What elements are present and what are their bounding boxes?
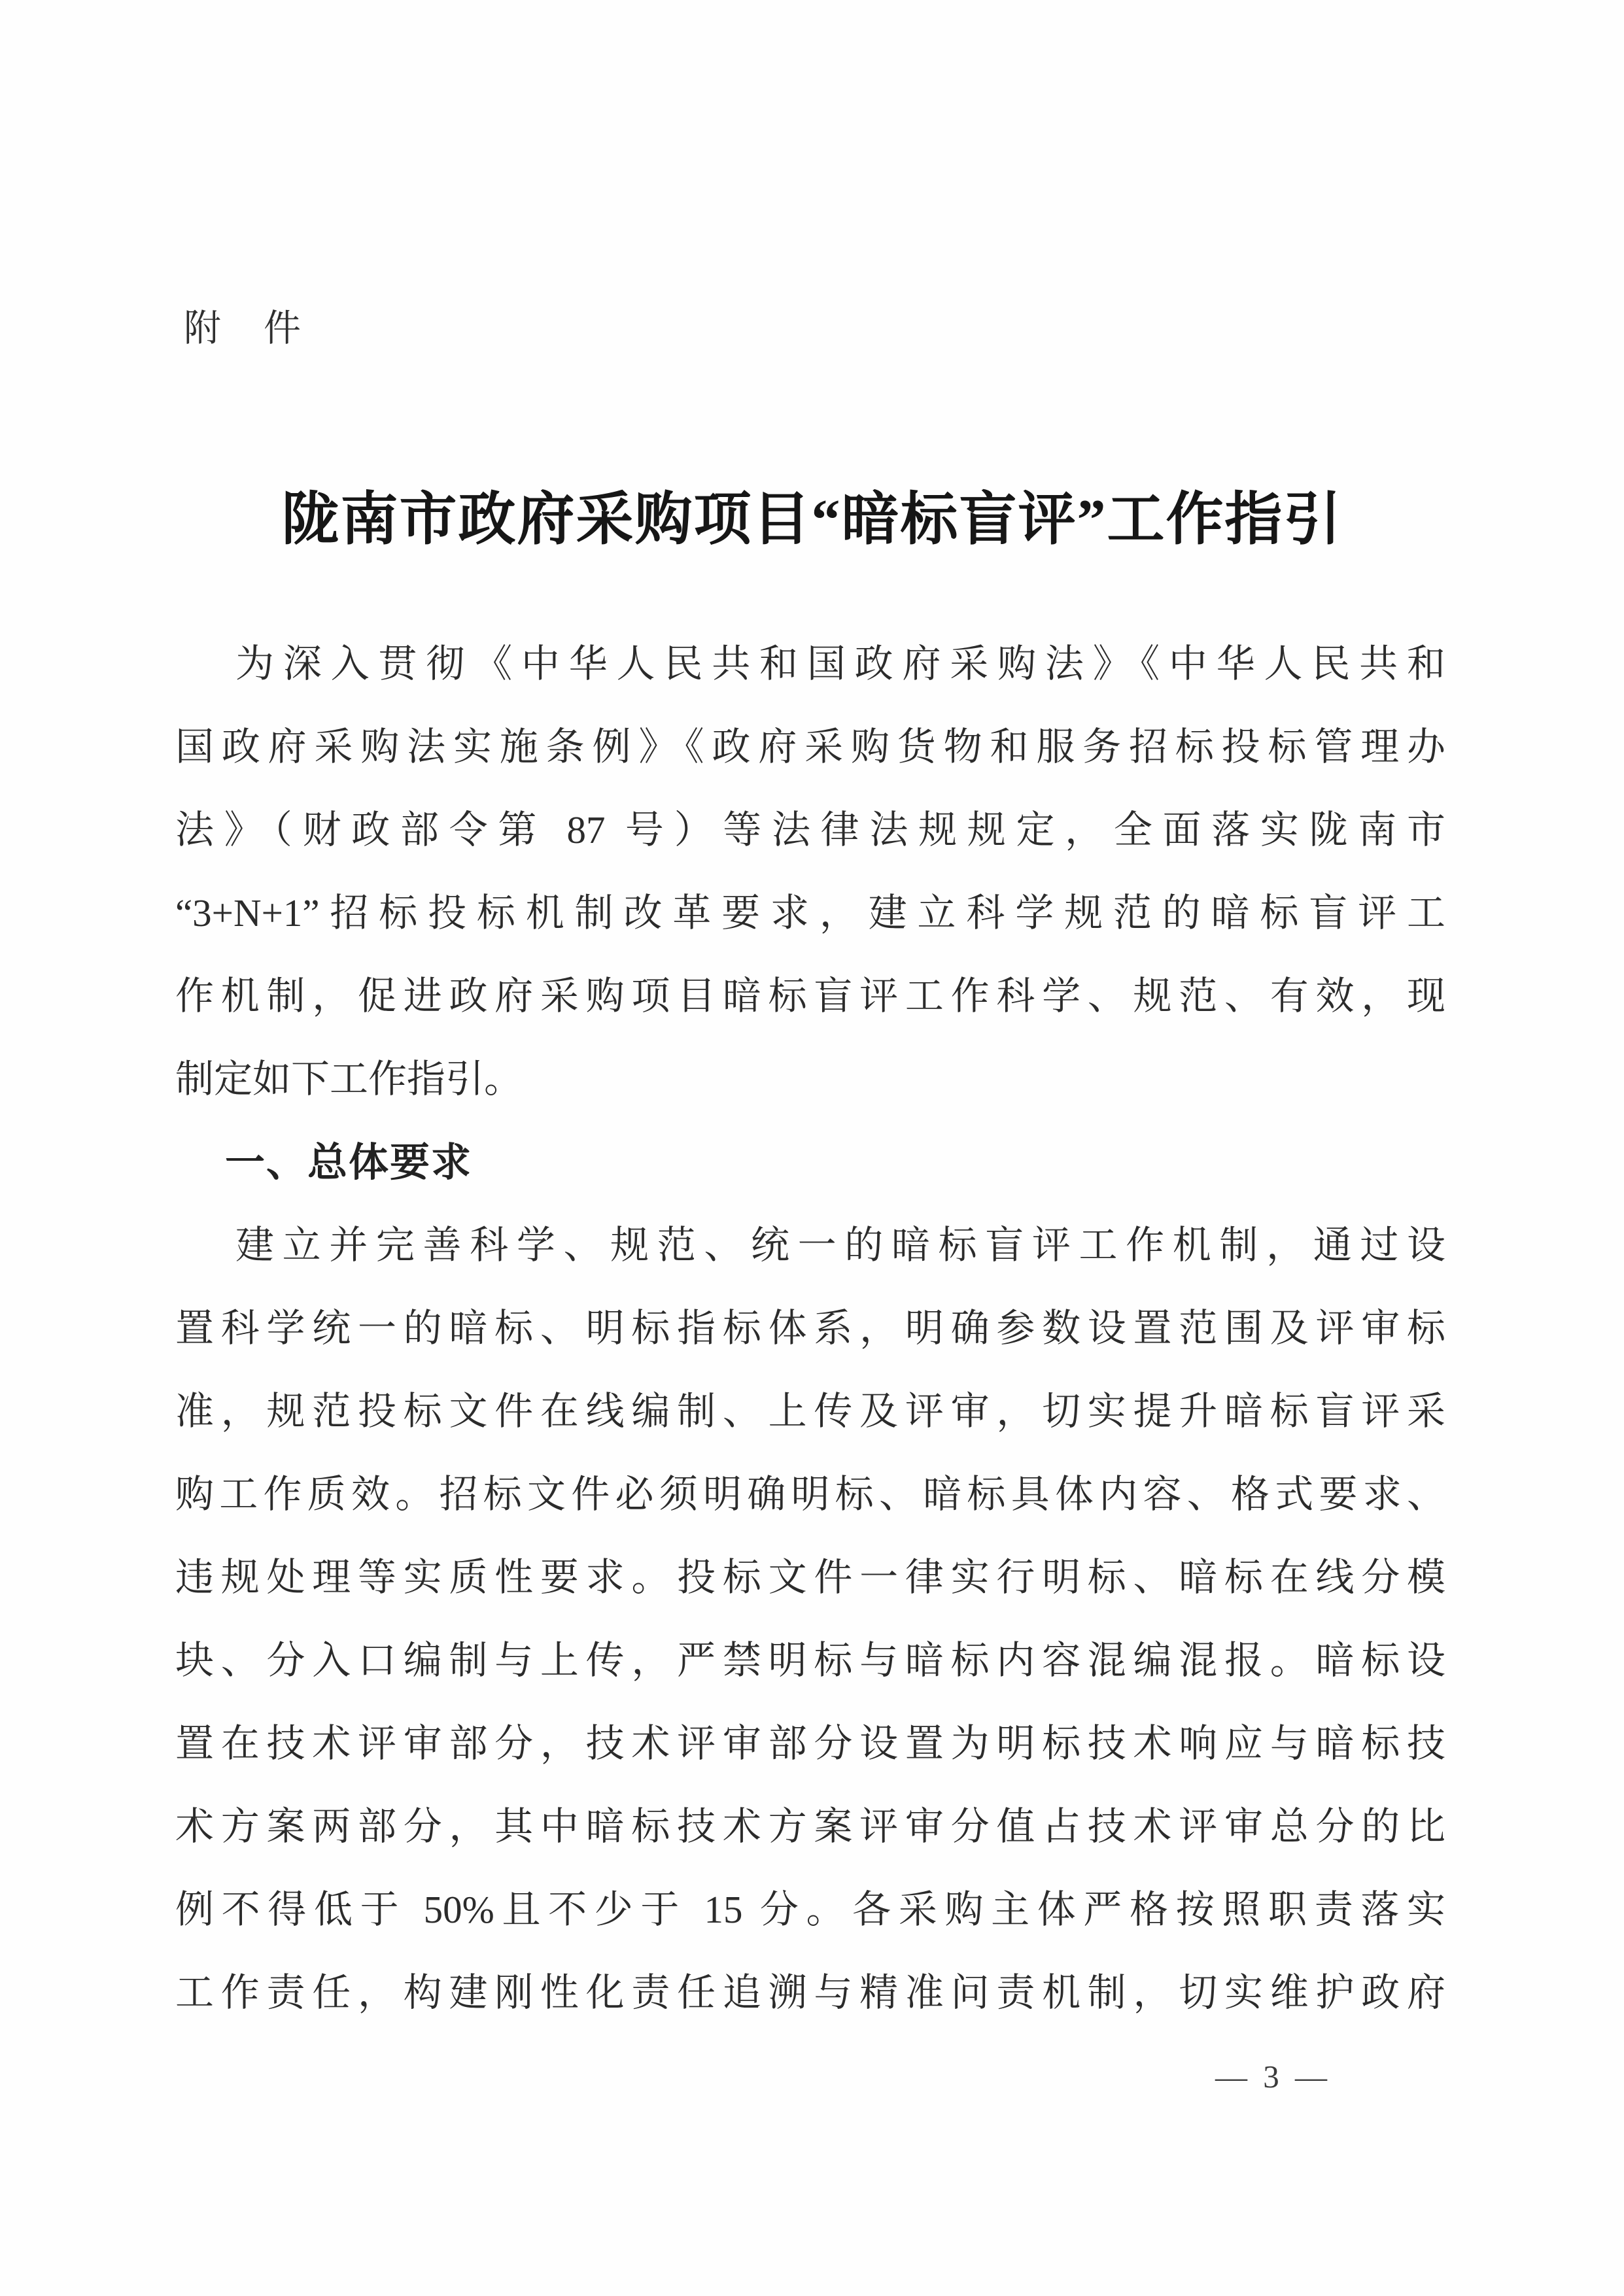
attachment-label: 附 件 xyxy=(184,303,303,355)
document-title: 陇南市政府采购项目“暗标盲评”工作指引 xyxy=(0,478,1624,563)
body-line: “3+N+1”招标投标机制改革要求，建立科学规范的暗标盲评工 xyxy=(175,872,1445,955)
document-page: 附 件 陇南市政府采购项目“暗标盲评”工作指引 为深入贯彻《中华人民共和国政府采… xyxy=(0,0,1624,2296)
body-line: 建立并完善科学、规范、统一的暗标盲评工作机制，通过设 xyxy=(175,1204,1445,1287)
body-line: 置在技术评审部分，技术评审部分设置为明标技术响应与暗标技 xyxy=(175,1702,1445,1785)
body-line: 国政府采购法实施条例》《政府采购货物和服务招标投标管理办 xyxy=(175,706,1445,789)
body-line: 例不得低于 50%且不少于 15 分。各采购主体严格按照职责落实 xyxy=(175,1868,1445,1951)
body-line: 块、分入口编制与上传，严禁明标与暗标内容混编混报。暗标设 xyxy=(175,1619,1445,1702)
body-line: 法》（财政部令第 87 号）等法律法规规定，全面落实陇南市 xyxy=(175,789,1445,872)
body-line: 购工作质效。招标文件必须明确明标、暗标具体内容、格式要求、 xyxy=(175,1453,1445,1536)
body-line: 作机制，促进政府采购项目暗标盲评工作科学、规范、有效，现 xyxy=(175,955,1445,1038)
body-line: 为深入贯彻《中华人民共和国政府采购法》《中华人民共和 xyxy=(175,623,1445,706)
body-line: 准，规范投标文件在线编制、上传及评审，切实提升暗标盲评采 xyxy=(175,1370,1445,1453)
body-line: 工作责任，构建刚性化责任追溯与精准问责机制，切实维护政府 xyxy=(175,1951,1445,2034)
page-number: — 3 — xyxy=(1215,2057,1331,2097)
body-line: 违规处理等实质性要求。投标文件一律实行明标、暗标在线分模 xyxy=(175,1536,1445,1619)
section-heading: 一、总体要求 xyxy=(175,1121,1445,1204)
body-line: 置科学统一的暗标、明标指标体系，明确参数设置范围及评审标 xyxy=(175,1287,1445,1370)
body-line: 制定如下工作指引。 xyxy=(175,1038,1445,1121)
body-line: 术方案两部分，其中暗标技术方案评审分值占技术评审总分的比 xyxy=(175,1785,1445,1868)
document-body: 为深入贯彻《中华人民共和国政府采购法》《中华人民共和 国政府采购法实施条例》《政… xyxy=(175,623,1445,2034)
